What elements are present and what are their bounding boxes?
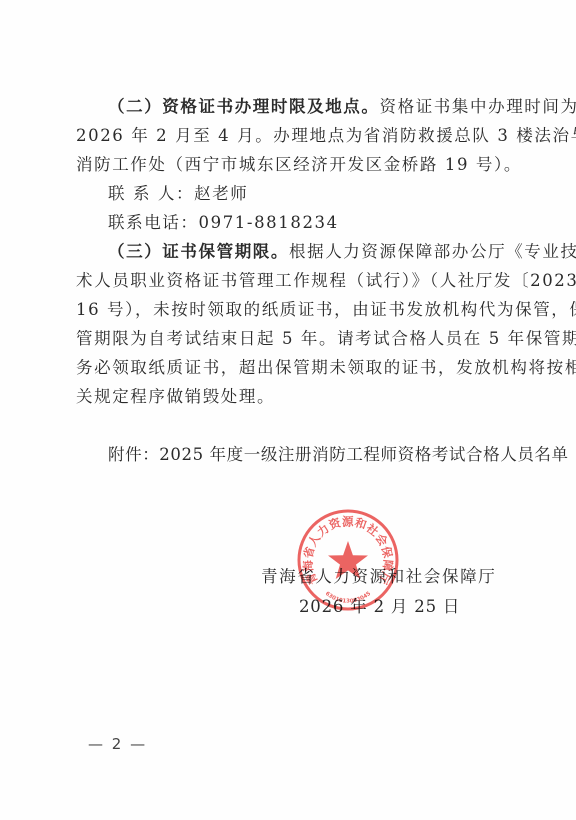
contact-person: 联 系 人：赵老师 <box>108 184 534 204</box>
document-page: （二）资格证书办理时限及地点。资格证书集中办理时间为 2026 年 2 月至 4… <box>0 0 576 820</box>
page-number: — 2 — <box>88 735 147 753</box>
section2-line3: 消防工作处（西宁市城东区经济开发区金桥路 19 号）。 <box>76 155 502 175</box>
section3-line5: 务必领取纸质证书，超出保管期未领取的证书，发放机构将按相 <box>76 358 500 378</box>
section3-heading: （三）证书保管期限。 <box>108 242 289 261</box>
section3-line2: 术人员职业资格证书管理工作规程（试行）》（人社厅发〔2023〕 <box>76 271 500 291</box>
section3-line3: 16 号），未按时领取的纸质证书，由证书发放机构代为保管，保 <box>76 300 500 320</box>
section3-line6: 关规定程序做销毁处理。 <box>76 387 502 407</box>
contact-phone: 联系电话：0971-8818234 <box>108 213 534 233</box>
signature-organization: 青海省人力资源和社会保障厅 <box>261 567 496 587</box>
section2-line1: （二）资格证书办理时限及地点。资格证书集中办理时间为 <box>108 97 500 117</box>
section3-line1: （三）证书保管期限。根据人力资源保障部办公厅《专业技 <box>108 242 500 262</box>
section2-heading: （二）资格证书办理时限及地点。 <box>108 97 380 116</box>
section3-line4: 管期限为自考试结束日起 5 年。请考试合格人员在 5 年保管期内 <box>76 329 500 349</box>
section2-line1-text: 资格证书集中办理时间为 <box>380 97 576 116</box>
section2-line2: 2026 年 2 月至 4 月。办理地点为省消防救援总队 3 楼法治与社会 <box>76 126 500 146</box>
signature-date: 2026 年 2 月 25 日 <box>299 597 460 617</box>
attachment-note: 附件：2025 年度一级注册消防工程师资格考试合格人员名单 <box>108 445 534 465</box>
section3-line1-text: 根据人力资源保障部办公厅《专业技 <box>289 242 576 261</box>
